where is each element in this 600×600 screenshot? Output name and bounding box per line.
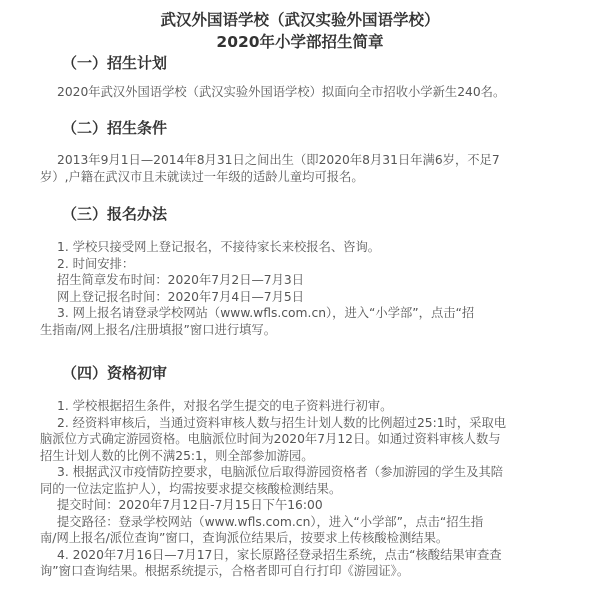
paragraph-line: 2. 时间安排： [40,256,560,273]
paragraph-line: 招生计划人数的比例不满25:1，则全部参加游园。 [40,448,560,465]
paragraph-line: 1. 学校只接受网上登记报名，不接待家长来校报名、咨询。 [40,239,560,256]
section-body-review: 1. 学校根据招生条件，对报名学生提交的电子资料进行初审。 2. 经资料审核后，… [40,398,560,580]
section-heading-plan: （一）招生计划 [62,52,167,73]
paragraph-line: 岁）,户籍在武汉市且未就读过一年级的适龄儿童均可报名。 [40,169,560,186]
paragraph-line: 南/网上报名/派位查询”窗口，查询派位结果后，按要求上传核酸检测结果。 [40,530,560,547]
paragraph-line: 2013年9月1日—2014年8月31日之间出生（即2020年8月31日年满6岁… [40,152,560,169]
paragraph-line: 同的一位法定监护人），均需按要求提交核酸检测结果。 [40,481,560,498]
paragraph-line: 1. 学校根据招生条件，对报名学生提交的电子资料进行初审。 [40,398,560,415]
paragraph-line: 询”窗口查询结果。根据系统提示，合格者即可自行打印《游园证》。 [40,563,560,580]
paragraph-line: 3. 根据武汉市疫情防控要求，电脑派位后取得游园资格者（参加游园的学生及其陪 [40,464,560,481]
paragraph-line: 提交路径：登录学校网站（www.wfls.com.cn），进入“小学部”，点击“… [40,514,560,531]
paragraph-line: 生指南/网上报名/注册填报”窗口进行填写。 [40,322,560,339]
section-body-conditions: 2013年9月1日—2014年8月31日之间出生（即2020年8月31日年满6岁… [40,152,560,185]
document-title-line-2: 2020年小学部招生简章 [0,30,600,52]
section-heading-registration: （三）报名办法 [62,203,167,224]
section-body-plan: 2020年武汉外国语学校（武汉实验外国语学校）拟面向全市招收小学新生240名。 [40,84,560,101]
section-body-registration: 1. 学校只接受网上登记报名，不接待家长来校报名、咨询。 2. 时间安排： 招生… [40,239,560,338]
section-heading-conditions: （二）招生条件 [62,117,167,138]
paragraph-line: 4. 2020年7月16日—7月17日，家长原路径登录招生系统，点击“核酸结果审… [40,547,560,564]
paragraph-line: 2. 经资料审核后，当通过资料审核人数与招生计划人数的比例超过25:1时，采取电 [40,415,560,432]
paragraph-line: 提交时间：2020年7月12日-7月15日下午16:00 [40,497,560,514]
paragraph-line: 3. 网上报名请登录学校网站（www.wfls.com.cn），进入“小学部”，… [40,305,560,322]
paragraph-line: 脑派位方式确定游园资格。电脑派位时间为2020年7月12日。如通过资料审核人数与 [40,431,560,448]
paragraph-line: 2020年武汉外国语学校（武汉实验外国语学校）拟面向全市招收小学新生240名。 [40,84,560,101]
section-heading-review: （四）资格初审 [62,362,167,383]
paragraph-line: 网上登记报名时间：2020年7月4日—7月5日 [40,289,560,306]
paragraph-line: 招生简章发布时间：2020年7月2日—7月3日 [40,272,560,289]
document-title-line-1: 武汉外国语学校（武汉实验外国语学校） [0,8,600,30]
